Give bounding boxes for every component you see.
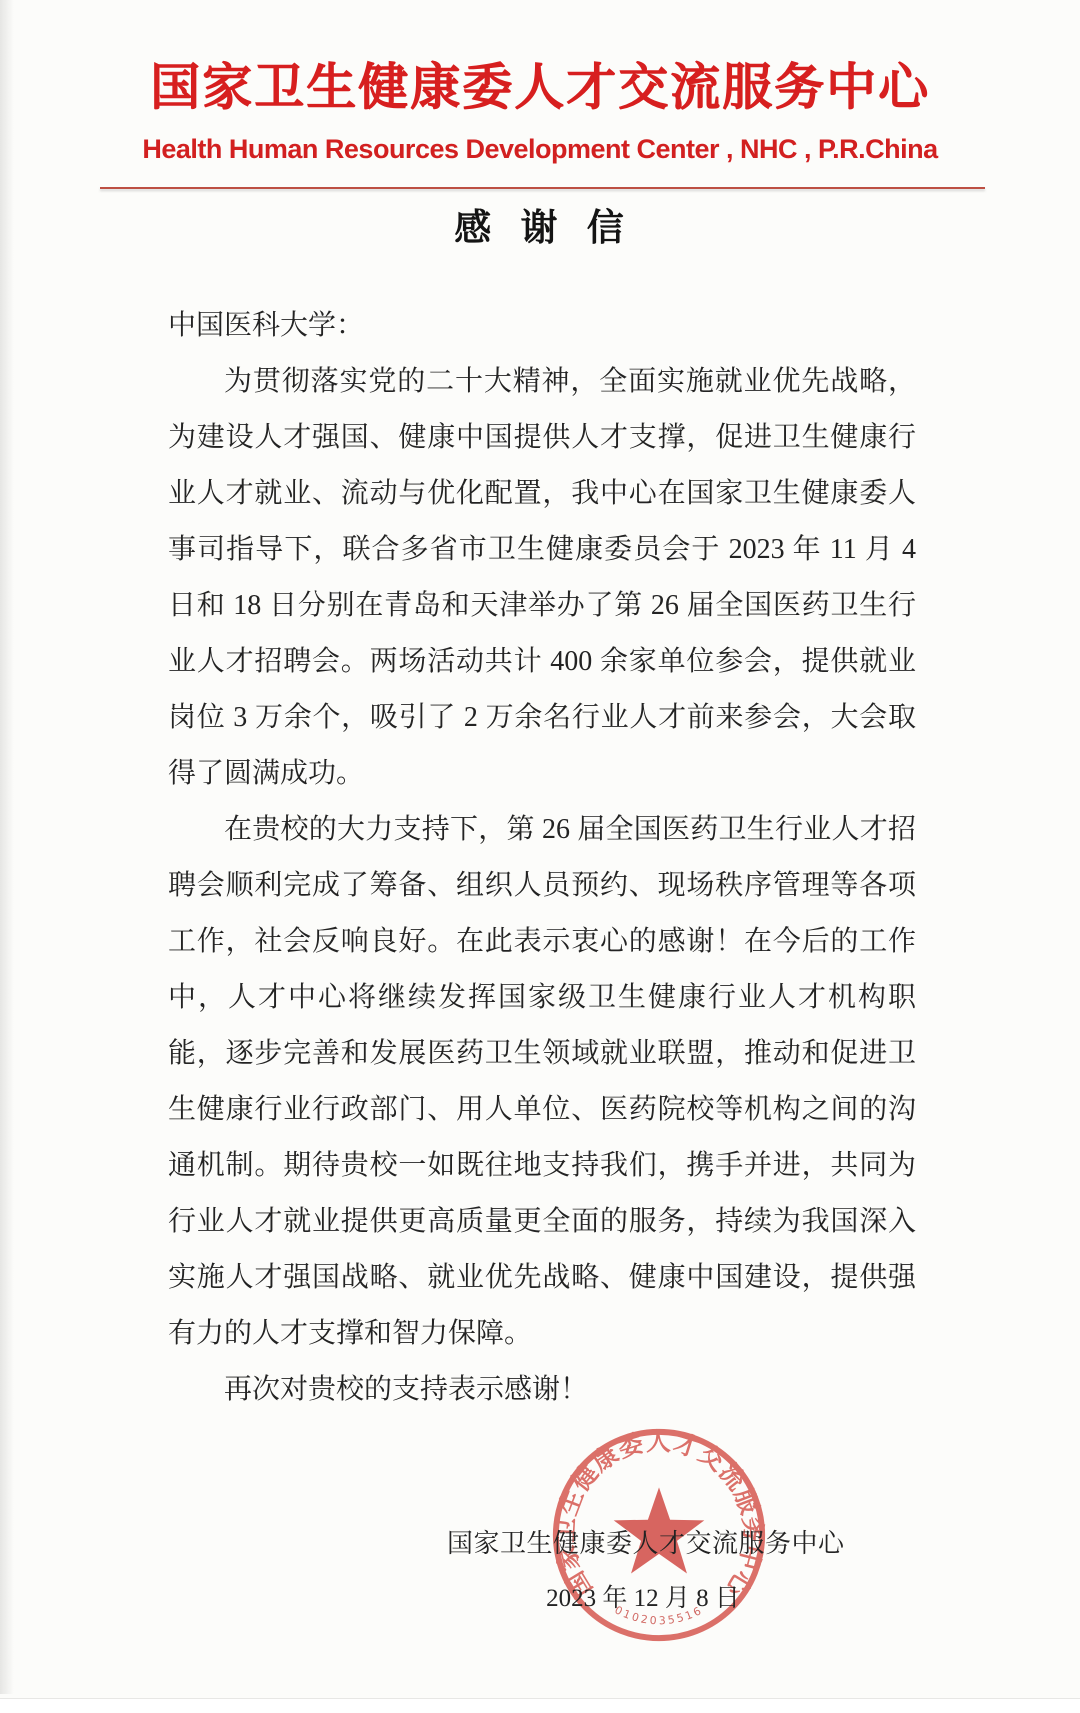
seal-ring-text: 国家卫生健康委人才交流服务中心 <box>551 1428 768 1602</box>
letter-body: 中国医科大学： 为贯彻落实党的二十大精神，全面实施就业优先战略，为建设人才强国、… <box>168 298 916 1418</box>
scan-bottom-edge <box>0 1699 1080 1713</box>
salutation: 中国医科大学： <box>168 298 916 354</box>
letterhead-divider <box>100 187 985 189</box>
svg-text:国家卫生健康委人才交流服务中心: 国家卫生健康委人才交流服务中心 <box>551 1428 768 1602</box>
paragraph-closing: 再次对贵校的支持表示感谢！ <box>168 1362 916 1418</box>
scan-edge-shadow <box>0 0 14 1694</box>
paragraph-2: 在贵校的大力支持下，第 26 届全国医药卫生行业人才招聘会顺利完成了筹备、组织人… <box>168 802 916 1362</box>
letter-title: 感 谢 信 <box>0 207 1080 251</box>
org-name-english: Health Human Resources Development Cente… <box>0 135 1080 165</box>
letter-date: 2023 年 12 月 8 日 <box>546 1583 740 1614</box>
org-name-chinese: 国家卫生健康委人才交流服务中心 <box>0 60 1080 115</box>
paragraph-1: 为贯彻落实党的二十大精神，全面实施就业优先战略，为建设人才强国、健康中国提供人才… <box>168 354 916 802</box>
letter-page: 国家卫生健康委人才交流服务中心 Health Human Resources D… <box>0 0 1080 1713</box>
signature-org: 国家卫生健康委人才交流服务中心 <box>447 1528 845 1561</box>
